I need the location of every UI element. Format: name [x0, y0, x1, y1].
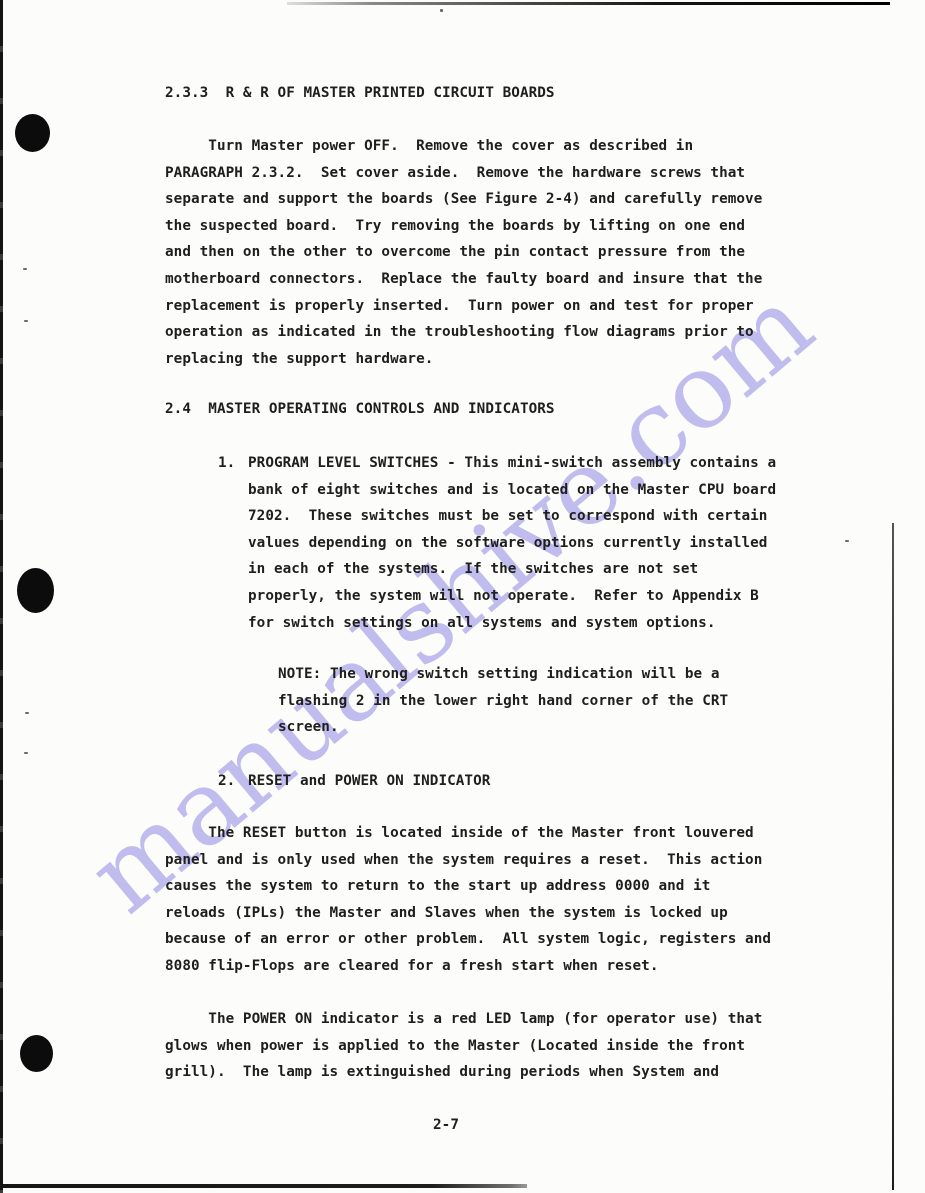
right-scan-edge: [892, 523, 894, 1190]
scan-speck: [24, 752, 28, 754]
scan-speck: [845, 540, 849, 542]
scanned-manual-page: manualshive.com 2.3.3 R & R OF MASTER PR…: [0, 0, 925, 1193]
section-2-3-3-heading: 2.3.3 R & R OF MASTER PRINTED CIRCUIT BO…: [165, 80, 555, 107]
list-item-2-number: 2.: [218, 768, 235, 795]
scan-speck: [440, 9, 443, 12]
punch-hole: [17, 568, 54, 613]
note-block: NOTE: The wrong switch setting indicatio…: [278, 661, 728, 741]
scan-speck: [25, 712, 29, 714]
scan-speck: [24, 320, 28, 322]
page-number: 2-7: [433, 1112, 459, 1139]
left-scan-edge: [0, 0, 3, 1193]
punch-hole: [15, 114, 50, 152]
scan-speck: [23, 268, 27, 270]
list-item-1-number: 1.: [218, 450, 235, 477]
list-item-1-text: PROGRAM LEVEL SWITCHES - This mini-switc…: [248, 450, 776, 636]
section-2-4-heading: 2.4 MASTER OPERATING CONTROLS AND INDICA…: [165, 396, 555, 423]
power-on-paragraph: The POWER ON indicator is a red LED lamp…: [165, 1006, 762, 1086]
top-scan-edge: [287, 2, 890, 5]
bottom-scan-edge: [0, 1184, 527, 1188]
reset-button-paragraph: The RESET button is located inside of th…: [165, 820, 771, 980]
section-2-3-3-paragraph: Turn Master power OFF. Remove the cover …: [165, 133, 762, 372]
list-item-2-text: RESET and POWER ON INDICATOR: [248, 768, 490, 795]
punch-hole: [20, 1035, 53, 1072]
